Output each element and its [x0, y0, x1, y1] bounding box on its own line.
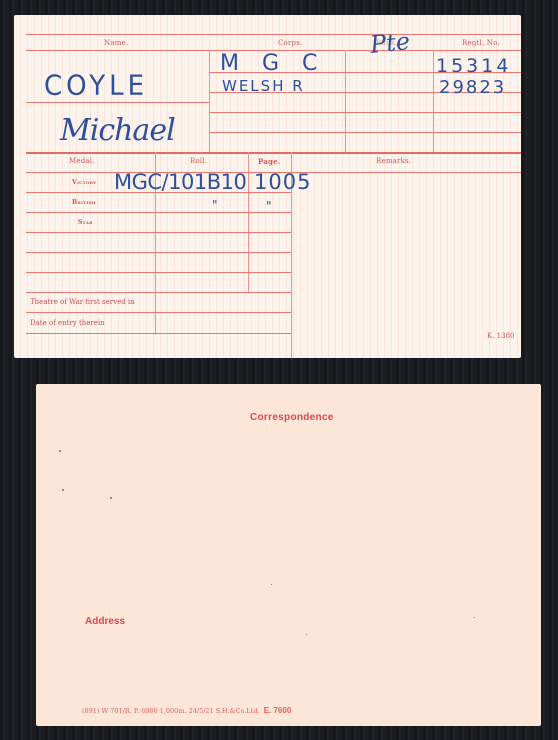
divider [345, 50, 346, 153]
handwritten-roll-british: " [212, 198, 218, 212]
handwritten-page-british: " [266, 199, 272, 213]
header-page: Page. [258, 157, 280, 166]
printer-imprint: (891) W 701/R. P. 6980 1,000m. 24/5/21 S… [82, 706, 291, 715]
handwritten-corps-2: WELSH R [222, 77, 305, 95]
handwritten-regtl-no-1: 15314 [436, 55, 511, 77]
rule [26, 102, 209, 103]
date-entry-label: Date of entry therein [30, 319, 105, 327]
handwritten-corps-1: M G C [220, 51, 325, 76]
rule [210, 132, 521, 133]
rule [26, 252, 291, 253]
medal-card-front: Name. Corps. Rank. Regtl. No. Medal. Rol… [14, 15, 521, 358]
handwritten-rank: Pte [369, 27, 412, 59]
medal-label-british: British [72, 199, 96, 206]
rule [26, 292, 291, 293]
medal-card-back: Correspondence Address (891) W 701/R. P.… [36, 384, 541, 726]
imprint-text: (891) W 701/R. P. 6980 1,000m. 24/5/21 S… [82, 707, 260, 715]
medal-label-victory: Victory [72, 179, 96, 186]
rule [26, 312, 291, 313]
rule [292, 172, 521, 173]
theatre-label: Theatre of War first served in [30, 298, 135, 306]
divider [209, 50, 210, 153]
speck [59, 450, 61, 452]
header-name: Name. [104, 39, 128, 47]
speck [62, 489, 64, 491]
divider [433, 50, 434, 153]
rule [26, 232, 291, 233]
divider [248, 152, 249, 292]
rule [26, 152, 521, 154]
handwritten-regtl-no-2: 29823 [439, 77, 506, 98]
rule [26, 212, 291, 213]
form-number: K. 1380 [487, 332, 515, 340]
imprint-code: E. 7600 [264, 706, 292, 715]
rule [26, 34, 521, 35]
address-label: Address [85, 616, 125, 627]
header-roll: Roll. [190, 157, 207, 165]
medal-label-star: Star [78, 219, 93, 226]
rule [26, 333, 291, 334]
header-regtl-no: Regtl. No. [462, 39, 500, 47]
handwritten-roll-victory: MGC/101B10 [114, 170, 246, 194]
speck [474, 617, 475, 618]
header-remarks: Remarks. [376, 157, 411, 165]
speck [110, 497, 112, 499]
rule [26, 272, 291, 273]
rule [210, 112, 521, 113]
speck [306, 634, 307, 635]
handwritten-surname: COYLE [44, 70, 148, 102]
speck [271, 584, 272, 585]
correspondence-title: Correspondence [250, 412, 334, 423]
handwritten-forename: Michael [60, 113, 175, 148]
handwritten-page-victory: 1005 [254, 170, 311, 194]
header-medal: Medal. [69, 157, 95, 165]
header-corps: Corps. [278, 39, 302, 47]
